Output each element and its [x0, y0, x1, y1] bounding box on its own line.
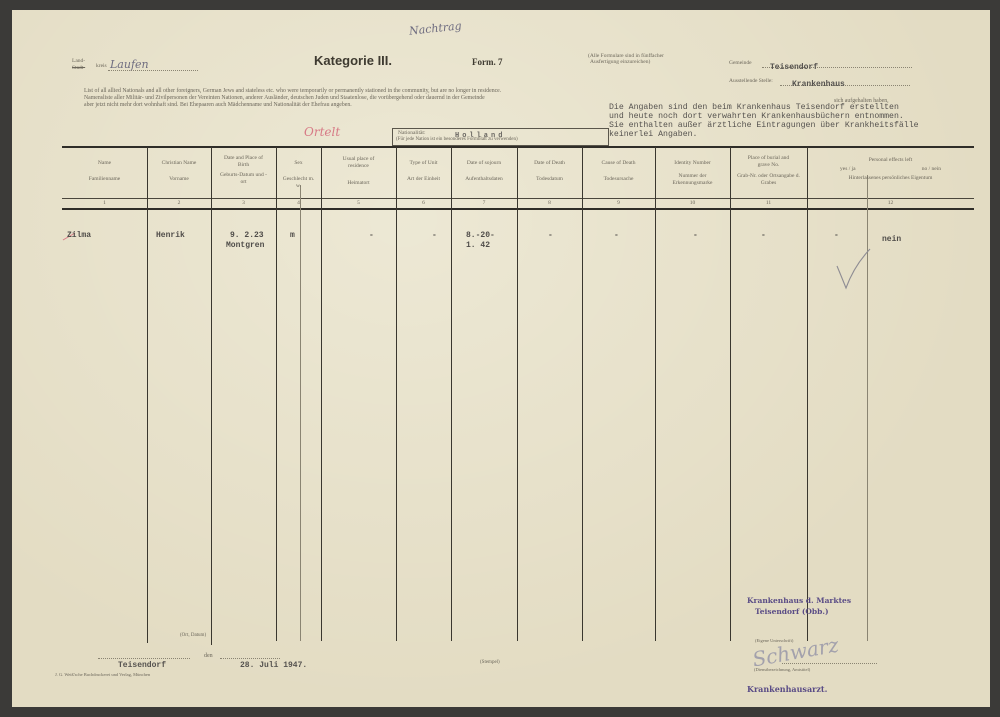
col-header-de: Aufenthaltsdaten — [451, 176, 517, 183]
col-header-2: Christian Name Vorname — [147, 160, 211, 183]
col-header-de: Art der Einheit — [396, 176, 451, 183]
column-divider-sex — [300, 185, 301, 641]
place-dotline — [98, 657, 190, 659]
col-header-3: Date and Place of Birth Geburts-Datum un… — [211, 155, 276, 186]
col-header-en: Cause of Death — [582, 160, 655, 167]
cell-birth-date: 9. 2.23 — [230, 231, 264, 241]
cell-effects-yes: - — [834, 231, 839, 241]
col-header-en: Place of burial and grave No. — [744, 155, 794, 169]
handwritten-annotation-nachtrag: Nachtrag — [408, 19, 462, 37]
column-divider — [211, 147, 212, 645]
col-header-en: Usual place of residence — [334, 156, 384, 170]
submission-note: (Alle Formulare sind in fünffacher Ausfe… — [588, 53, 664, 65]
column-divider — [321, 147, 322, 641]
col-header-4: Sex Geschlecht m. w. — [276, 160, 321, 190]
typed-remark: Die Angaben sind den beim Krankenhaus Te… — [609, 103, 919, 139]
nationality-value: Holland — [455, 132, 505, 140]
col-header-8: Date of Death Todesdatum — [517, 160, 582, 183]
col-header-de: Vorname — [147, 176, 211, 183]
checkmark-icon — [834, 246, 874, 296]
col-header-6: Type of Unit Art der Einheit — [396, 160, 451, 183]
col-header-de: Geburts-Datum und -ort — [219, 172, 269, 186]
hospital-stamp-line1: Krankenhaus d. Marktes — [747, 596, 851, 605]
den-label: den — [204, 653, 213, 659]
typed-remark-line4: keinerlei Angaben. — [609, 130, 919, 139]
col-header-9: Cause of Death Todesursache — [582, 160, 655, 183]
col-header-en: Personal effects left — [807, 157, 974, 164]
red-handwritten-mark: Ortelt — [304, 125, 340, 139]
table-number-rule — [62, 208, 974, 210]
col-number: 10 — [655, 200, 730, 206]
col-number: 8 — [517, 200, 582, 206]
cell-residence: - — [369, 231, 374, 241]
kreis-label: kreis — [96, 63, 107, 69]
ausstellende-stelle-value: Krankenhaus — [792, 80, 845, 89]
column-divider — [396, 147, 397, 641]
typed-remark-line2: und heute noch dort verwahrten Krankenha… — [609, 112, 919, 121]
column-divider — [517, 147, 518, 641]
stempel-label: (Stempel) — [480, 660, 500, 665]
col-header-en: Identity Number — [655, 160, 730, 167]
col-header-yes: yes / ja — [840, 166, 856, 173]
col-number: 11 — [730, 200, 807, 206]
submission-note-line2: Ausfertigung einzureichen) — [590, 59, 664, 65]
cell-name: Zilma — [67, 231, 91, 241]
col-header-1: Name Familienname — [62, 160, 147, 183]
ausstellende-stelle-label: Ausstellende Stelle: — [729, 78, 773, 84]
col-header-11: Place of burial and grave No. Grab-Nr. o… — [730, 155, 807, 187]
typed-remark-line3: Sie enthalten außer ärztliche Eintragung… — [609, 121, 919, 130]
col-number: 2 — [147, 200, 211, 206]
cell-unit: - — [432, 231, 437, 241]
stadt-label: Stadt- — [72, 65, 85, 72]
column-divider — [147, 147, 148, 643]
col-header-de: Todesdatum — [517, 176, 582, 183]
col-header-de: Todesursache — [582, 176, 655, 183]
cell-sojourn-2: 1. 42 — [466, 241, 490, 251]
rank-stamp: Krankenhausarzt. — [747, 684, 827, 694]
footer-place: Teisendorf — [118, 661, 166, 670]
typed-remark-line1: Die Angaben sind den beim Krankenhaus Te… — [609, 103, 919, 112]
table-top-rule — [62, 146, 974, 148]
col-header-5: Usual place of residence Heimatort — [321, 156, 396, 187]
column-divider — [807, 147, 808, 641]
col-number: 9 — [582, 200, 655, 206]
ausstellende-stelle-field: Krankenhaus — [780, 73, 910, 86]
document-page: Nachtrag Land- Stadt- kreis Laufen Kateg… — [12, 10, 990, 707]
cell-death-date: - — [548, 231, 553, 241]
col-header-de: Nummer der Erkennungsmarke — [665, 173, 721, 187]
rank-label: (Dienstbezeichnung, Amtstitel) — [754, 667, 810, 672]
col-header-12: Personal effects left yes / ja no / nein… — [807, 157, 974, 182]
col-number: 7 — [451, 200, 517, 206]
intro-german-1: Namensliste aller Militär- und Zivilpers… — [84, 95, 485, 101]
col-header-en: Type of Unit — [396, 160, 451, 167]
col-number: 4 — [276, 200, 321, 206]
col-header-en: Sex — [276, 160, 321, 167]
kreis-field: Laufen — [108, 55, 198, 71]
date-dotline — [220, 657, 280, 659]
nationality-box: Nationalität: (Für jede Nation ist ein b… — [392, 128, 609, 146]
kreis-value: Laufen — [110, 58, 149, 71]
col-number: 12 — [807, 200, 974, 206]
gemeinde-value: Teisendorf — [770, 63, 818, 72]
form-number: Form. 7 — [472, 57, 503, 67]
col-header-en: Christian Name — [147, 160, 211, 167]
gemeinde-label: Gemeinde — [729, 60, 752, 66]
cell-sex: m — [290, 231, 295, 241]
col-header-de: Familienname — [62, 176, 147, 183]
cell-sojourn-1: 8.-20- — [466, 231, 495, 241]
ort-datum-label: (Ort, Datum) — [180, 633, 206, 638]
col-number: 6 — [396, 200, 451, 206]
col-header-de: Geschlecht m. w. — [283, 176, 315, 190]
col-header-de: Grab-Nr. oder Ortsangabe d. Grabes — [737, 173, 801, 187]
printer-imprint: J. G. Weiß'sche Buchdruckerei und Verlag… — [55, 672, 150, 677]
col-number: 1 — [62, 200, 147, 206]
col-header-en: Date of Death — [517, 160, 582, 167]
col-header-de: Hinterlassenes persönliches Eigentum — [807, 175, 974, 182]
column-divider — [582, 147, 583, 641]
col-header-de: Heimatort — [321, 180, 396, 187]
cell-burial: - — [761, 231, 766, 241]
col-header-en: Date of sojourn — [451, 160, 517, 167]
col-header-en: Name — [62, 160, 147, 167]
column-divider — [655, 147, 656, 641]
col-number: 5 — [321, 200, 396, 206]
cell-birth-place: Montgren — [226, 241, 264, 251]
cell-death-cause: - — [614, 231, 619, 241]
cell-identity: - — [693, 231, 698, 241]
column-divider — [276, 147, 277, 641]
hospital-stamp-line2: Teisendorf (Obb.) — [755, 607, 829, 616]
nationality-label: Nationalität: — [398, 130, 426, 136]
form-title: Kategorie III. — [314, 53, 392, 68]
col-header-no: no / nein — [922, 166, 941, 173]
col-header-7: Date of sojourn Aufenthaltsdaten — [451, 160, 517, 183]
land-label: Land- — [72, 58, 85, 65]
col-header-10: Identity Number Nummer der Erkennungsmar… — [655, 160, 730, 187]
intro-english: List of all allied Nationals and all oth… — [84, 88, 501, 94]
footer-date: 28. Juli 1947. — [240, 661, 307, 670]
intro-german-2: aber jetzt nicht mehr dort wohnhaft sind… — [84, 102, 352, 108]
column-divider — [451, 147, 452, 641]
column-divider-effects — [867, 175, 868, 641]
cell-christian-name: Henrik — [156, 231, 185, 241]
column-divider — [730, 147, 731, 641]
land-stadt-label: Land- Stadt- — [72, 58, 85, 72]
col-number: 3 — [211, 200, 276, 206]
table-header-divider — [62, 198, 974, 199]
gemeinde-field: Teisendorf — [762, 56, 912, 68]
col-header-en: Date and Place of Birth — [222, 155, 266, 169]
cell-effects-no: nein — [882, 235, 901, 245]
